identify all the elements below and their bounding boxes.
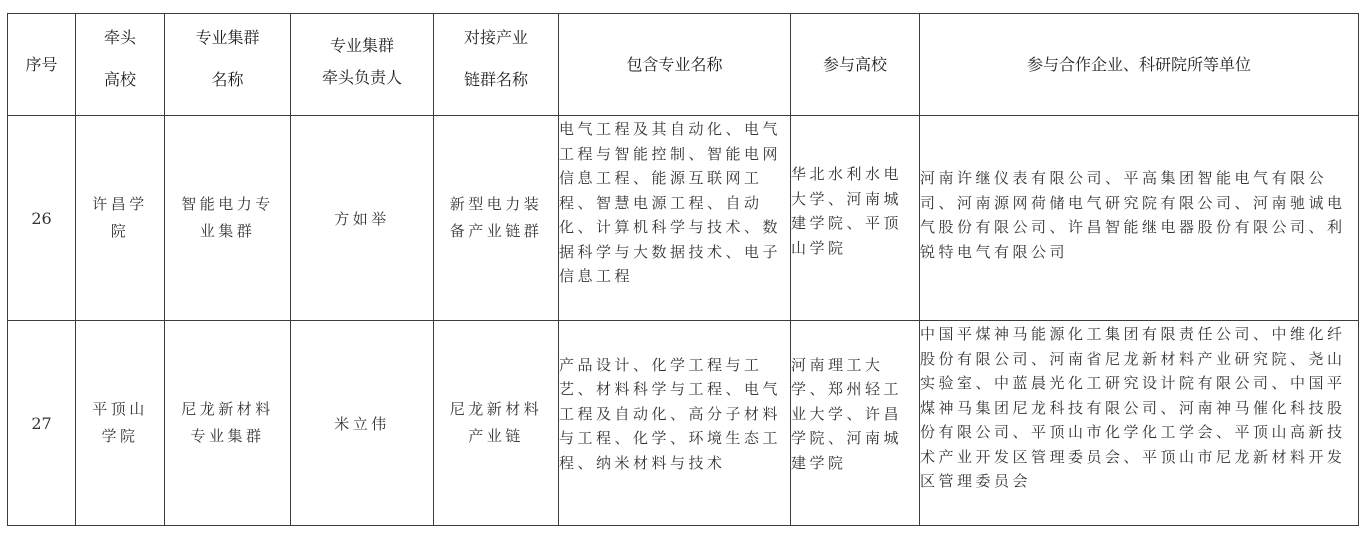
header-cluster-leader: 专业集群 牵头负责人	[291, 14, 434, 116]
cell-majors: 电气工程及其自动化、电气工程与智能控制、智能电网信息工程、能源互联网工程、智慧电…	[559, 116, 791, 321]
cell-partners: 中国平煤神马能源化工集团有限责任公司、中维化纤股份有限公司、河南省尼龙新材料产业…	[920, 321, 1359, 526]
cell-industry-chain: 新型电力装 备产业链群	[434, 116, 559, 321]
cell-cluster-name: 尼龙新材料 专业集群	[165, 321, 291, 526]
cell-lead-school: 许昌学 院	[76, 116, 165, 321]
cell-cluster-leader: 米立伟	[291, 321, 434, 526]
header-majors: 包含专业名称	[559, 14, 791, 116]
header-lead-school: 牵头 高校	[76, 14, 165, 116]
cell-cluster-leader: 方如举	[291, 116, 434, 321]
header-partners: 参与合作企业、科研院所等单位	[920, 14, 1359, 116]
header-row: 序号 牵头 高校 专业集群 名称 专业集群 牵头负责人 对接产业 链群名称 包含…	[8, 14, 1359, 116]
header-cluster-name: 专业集群 名称	[165, 14, 291, 116]
cell-cluster-name: 智能电力专 业集群	[165, 116, 291, 321]
cluster-table: 序号 牵头 高校 专业集群 名称 专业集群 牵头负责人 对接产业 链群名称 包含…	[7, 13, 1359, 526]
cell-partners: 河南许继仪表有限公司、平高集团智能电气有限公司、河南源网荷储电气研究院有限公司、…	[920, 116, 1359, 321]
cell-lead-school: 平顶山 学院	[76, 321, 165, 526]
cell-majors: 产品设计、化学工程与工艺、材料科学与工程、电气工程及自动化、高分子材料与工程、化…	[559, 321, 791, 526]
header-participating-schools: 参与高校	[791, 14, 920, 116]
cell-participating-schools: 华北水利水电大学、河南城建学院、平顶山学院	[791, 116, 920, 321]
header-industry-chain: 对接产业 链群名称	[434, 14, 559, 116]
cell-index: 26	[8, 116, 76, 321]
table-row: 27 平顶山 学院 尼龙新材料 专业集群 米立伟 尼龙新材料 产业链 产品设计、…	[8, 321, 1359, 526]
cell-participating-schools: 河南理工大学、郑州轻工业大学、许昌学院、河南城建学院	[791, 321, 920, 526]
table-row: 26 许昌学 院 智能电力专 业集群 方如举 新型电力装 备产业链群 电气工程及…	[8, 116, 1359, 321]
cell-industry-chain: 尼龙新材料 产业链	[434, 321, 559, 526]
cell-index: 27	[8, 321, 76, 526]
header-index: 序号	[8, 14, 76, 116]
